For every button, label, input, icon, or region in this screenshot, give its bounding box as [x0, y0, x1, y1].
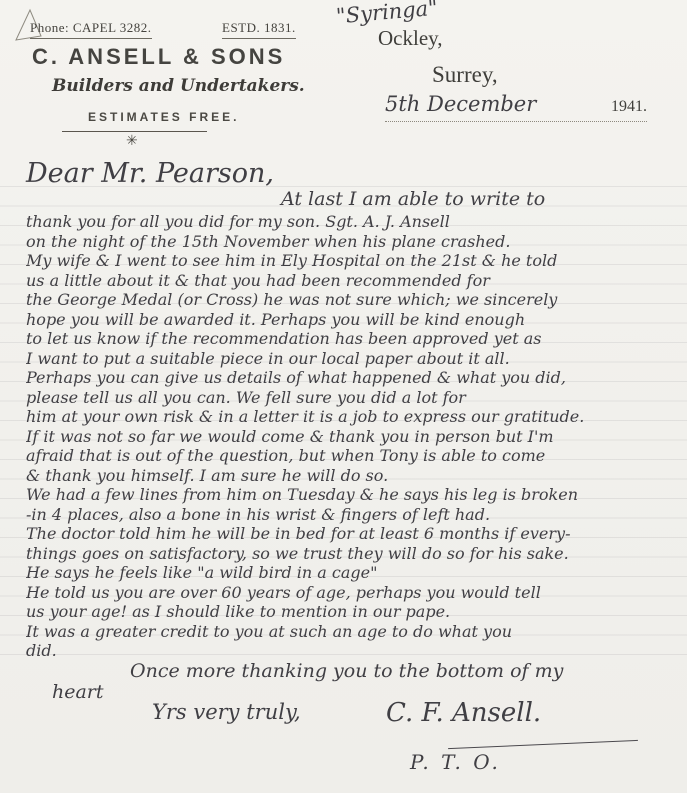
letter-line: us your age! as I should like to mention… [26, 602, 681, 622]
letter-line: If it was not so far we would come & tha… [26, 427, 681, 447]
letter-line: He told us you are over 60 years of age,… [26, 583, 681, 603]
valediction: Yrs very truly, [152, 700, 301, 724]
letter-line: us a little about it & that you had been… [26, 271, 681, 291]
letter-line: The doctor told him he will be in bed fo… [26, 524, 681, 544]
letterhead-phone: Phone: CAPEL 3282. [30, 20, 152, 39]
estimates-free-label: ESTIMATES FREE. [88, 110, 239, 124]
printed-year: 1941. [611, 98, 647, 116]
letter-body: Dear Mr. Pearson, At last I am able to w… [26, 158, 681, 661]
letter-line: afraid that is out of the question, but … [26, 446, 681, 466]
letter-line: things goes on satisfactory, so we trust… [26, 544, 681, 564]
salutation: Dear Mr. Pearson, [26, 158, 681, 190]
letter-line: did. [26, 641, 681, 661]
company-name: C. ANSELL & SONS [32, 44, 285, 70]
closing-line-2: heart [52, 681, 104, 703]
sender-town: Ockley, [378, 26, 443, 51]
asterisk-ornament-icon: ✳ [126, 133, 138, 150]
letter-line: him at your own risk & in a letter it is… [26, 407, 681, 427]
letter-line: My wife & I went to see him in Ely Hospi… [26, 251, 681, 271]
letter-line: It was a greater credit to you at such a… [26, 622, 681, 642]
scanned-letter-page: Phone: CAPEL 3282. ESTD. 1831. C. ANSELL… [0, 0, 687, 793]
handwritten-date: 5th December [385, 92, 536, 116]
letter-line: the George Medal (or Cross) he was not s… [26, 290, 681, 310]
letter-line: Perhaps you can give us details of what … [26, 368, 681, 388]
letter-line: He says he feels like "a wild bird in a … [26, 563, 681, 583]
letter-line: on the night of the 15th November when h… [26, 232, 681, 252]
signature-underline [448, 740, 638, 749]
letter-line: & thank you himself. I am sure he will d… [26, 466, 681, 486]
letterhead-rule [62, 131, 207, 132]
body-lines: thank you for all you did for my son. Sg… [26, 212, 681, 661]
letter-line: to let us know if the recommendation has… [26, 329, 681, 349]
opening-line: At last I am able to write to [281, 188, 681, 210]
letter-line: I want to put a suitable piece in our lo… [26, 349, 681, 369]
signature: C. F. Ansell. [386, 698, 541, 728]
pto-note: P. T. O. [410, 750, 501, 774]
sender-house-name: "Syringa" [335, 0, 439, 28]
letterhead-established: ESTD. 1831. [222, 20, 296, 39]
closing-line-1: Once more thanking you to the bottom of … [130, 660, 563, 682]
letter-line: We had a few lines from him on Tuesday &… [26, 485, 681, 505]
letter-line: hope you will be awarded it. Perhaps you… [26, 310, 681, 330]
date-line: 5th December 1941. [385, 92, 647, 122]
company-tagline: Builders and Undertakers. [52, 76, 305, 96]
letter-line: please tell us all you can. We fell sure… [26, 388, 681, 408]
letter-line: thank you for all you did for my son. Sg… [26, 212, 681, 232]
letter-line: -in 4 places, also a bone in his wrist &… [26, 505, 681, 525]
sender-county: Surrey, [432, 62, 498, 88]
